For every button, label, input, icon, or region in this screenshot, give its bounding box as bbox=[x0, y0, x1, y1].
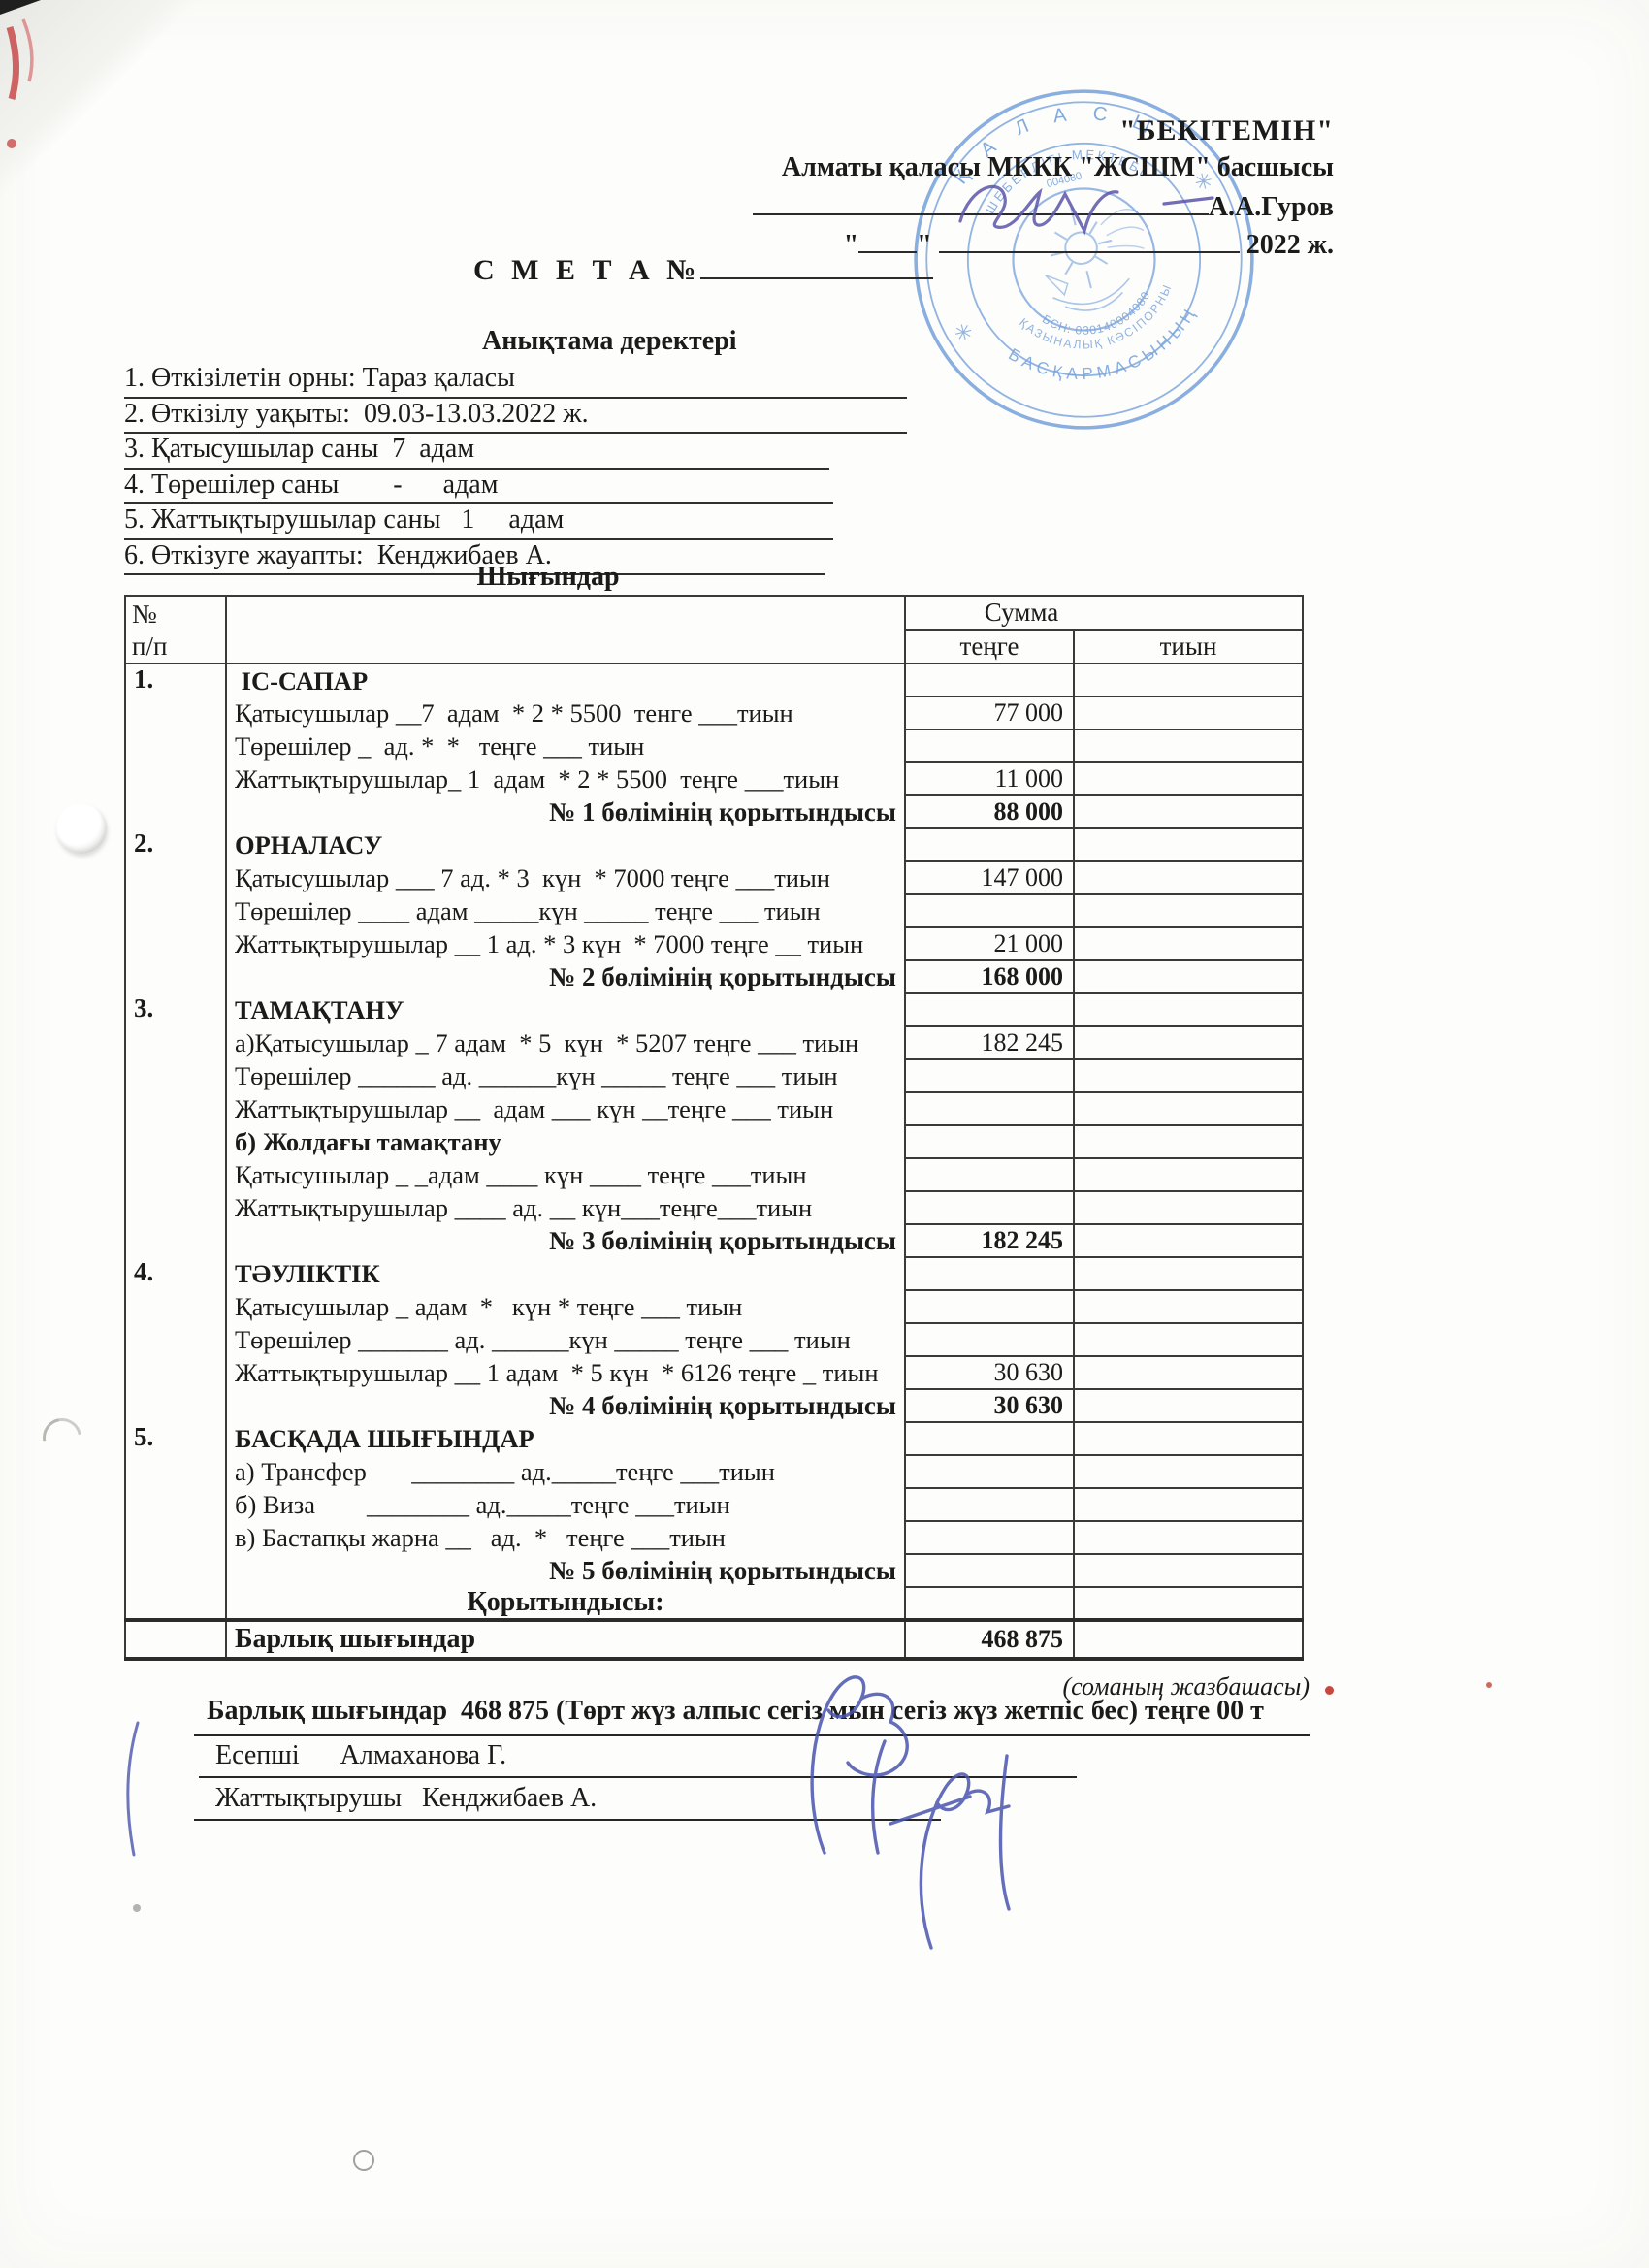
document-title: С М Е Т А № bbox=[473, 254, 933, 287]
svg-text:БАСҚАРМАСЫНЫҢ: БАСҚАРМАСЫНЫҢ bbox=[1002, 299, 1212, 404]
row-description: ТАМАҚТАНУ bbox=[226, 993, 905, 1026]
table-row: 3.ТАМАҚТАНУ bbox=[125, 993, 1303, 1026]
amount-tenge: 21 000 bbox=[905, 927, 1074, 960]
table-row: б) Жолдағы тамақтану bbox=[125, 1125, 1303, 1158]
table-row: № 4 бөлімінің қорытындысы30 630 bbox=[125, 1389, 1303, 1422]
amount-tenge bbox=[905, 1488, 1074, 1521]
signature-ink-trainer bbox=[805, 1727, 1077, 1960]
row-number bbox=[125, 1554, 226, 1587]
amount-tenge bbox=[905, 1257, 1074, 1290]
approval-year: 2022 ж. bbox=[1246, 230, 1334, 260]
amount-tenge bbox=[905, 1587, 1074, 1620]
row-number bbox=[125, 1059, 226, 1092]
amount-tenge: 182 245 bbox=[905, 1026, 1074, 1059]
amount-tenge: 30 630 bbox=[905, 1389, 1074, 1422]
row-description: № 2 бөлімінің қорытындысы bbox=[226, 960, 905, 993]
amount-tiyn bbox=[1074, 1422, 1303, 1455]
row-description: Қатысушылар __7 адам * 2 * 5500 тенге __… bbox=[226, 697, 905, 729]
row-number bbox=[125, 1290, 226, 1323]
row-description: Төрешілер ______ ад. ______күн _____ тең… bbox=[226, 1059, 905, 1092]
row-number bbox=[125, 894, 226, 927]
row-description: ТӘУЛІКТІК bbox=[226, 1257, 905, 1290]
row-number bbox=[125, 1389, 226, 1422]
amount-tenge bbox=[905, 1125, 1074, 1158]
amount-tiyn bbox=[1074, 927, 1303, 960]
scan-artifact-speck bbox=[133, 1904, 141, 1912]
amount-tiyn bbox=[1074, 1125, 1303, 1158]
row-description: Жаттықтырушылар __ адам ___ күн __теңге … bbox=[226, 1092, 905, 1125]
table-row: Қатысушылар _ _адам ____ күн ____ теңге … bbox=[125, 1158, 1303, 1191]
row-description: Төрешілер _ ад. * * теңге ___ тиын bbox=[226, 729, 905, 762]
row-description: ОРНАЛАСУ bbox=[226, 828, 905, 861]
reference-data-list: 1. Өткізілетін орны: Тараз қаласы 2. Өтк… bbox=[124, 363, 910, 575]
table-row: а)Қатысушылар _ 7 адам * 5 күн * 5207 те… bbox=[125, 1026, 1303, 1059]
amount-tiyn bbox=[1074, 1026, 1303, 1059]
table-row-total: Барлық шығындар468 875 bbox=[125, 1620, 1303, 1659]
row-description: Төрешілер ____ адам _____күн _____ теңге… bbox=[226, 894, 905, 927]
table-row: в) Бастапқы жарна __ ад. * теңге ___тиын bbox=[125, 1521, 1303, 1554]
table-row: 4.ТӘУЛІКТІК bbox=[125, 1257, 1303, 1290]
amount-tenge bbox=[905, 1554, 1074, 1587]
amount-tiyn bbox=[1074, 1290, 1303, 1323]
amount-tenge bbox=[905, 1521, 1074, 1554]
col-header-no-pp: п/п bbox=[132, 632, 225, 661]
amount-tenge bbox=[905, 729, 1074, 762]
table-row: Қатысушылар ___ 7 ад. * 3 күн * 7000 тең… bbox=[125, 861, 1303, 894]
row-number: 5. bbox=[125, 1422, 226, 1455]
row-description: Қатысушылар ___ 7 ад. * 3 күн * 7000 тең… bbox=[226, 861, 905, 894]
amount-tiyn bbox=[1074, 828, 1303, 861]
row-description: Барлық шығындар bbox=[226, 1620, 905, 1659]
row-description: Жаттықтырушылар ____ ад. __ күн___теңге_… bbox=[226, 1191, 905, 1224]
row-number bbox=[125, 729, 226, 762]
amount-tenge bbox=[905, 1158, 1074, 1191]
info-line-dates: 2. Өткізілу уақыты: 09.03-13.03.2022 ж. bbox=[124, 399, 907, 435]
row-description: БАСҚАДА ШЫҒЫНДАР bbox=[226, 1422, 905, 1455]
approval-word: "БЕКІТЕМІН" bbox=[669, 114, 1334, 147]
row-number bbox=[125, 697, 226, 729]
info-line-participants: 3. Қатысушылар саны 7 адам bbox=[124, 434, 829, 470]
title-blank-line bbox=[700, 254, 933, 279]
document-title-text: С М Е Т А № bbox=[473, 254, 700, 286]
amount-tenge: 30 630 bbox=[905, 1356, 1074, 1389]
amount-tenge: 11 000 bbox=[905, 762, 1074, 795]
scan-artifact-red-dot bbox=[1325, 1686, 1334, 1695]
amount-tenge bbox=[905, 664, 1074, 697]
scan-artifact-red-dot bbox=[1486, 1682, 1492, 1688]
table-row: № 5 бөлімінің қорытындысы bbox=[125, 1554, 1303, 1587]
amount-tenge bbox=[905, 1059, 1074, 1092]
row-number bbox=[125, 1158, 226, 1191]
row-number bbox=[125, 1620, 226, 1659]
table-row: Қатысушылар __7 адам * 2 * 5500 тенге __… bbox=[125, 697, 1303, 729]
row-number bbox=[125, 1191, 226, 1224]
amount-tiyn bbox=[1074, 993, 1303, 1026]
row-description: а)Қатысушылар _ 7 адам * 5 күн * 5207 те… bbox=[226, 1026, 905, 1059]
info-line-venue: 1. Өткізілетін орны: Тараз қаласы bbox=[124, 363, 907, 399]
col-header-description bbox=[226, 596, 905, 664]
table-row: Қорытындысы: bbox=[125, 1587, 1303, 1620]
row-number bbox=[125, 1587, 226, 1620]
row-number bbox=[125, 795, 226, 828]
signature-ink-header bbox=[931, 155, 1242, 262]
amount-tiyn bbox=[1074, 762, 1303, 795]
row-description: б) Жолдағы тамақтану bbox=[226, 1125, 905, 1158]
trainer-signature-line: Жаттықтырушы Кенджибаев А. bbox=[215, 1783, 597, 1814]
amount-tiyn bbox=[1074, 1488, 1303, 1521]
col-header-tiyn: тиын bbox=[1074, 630, 1303, 664]
row-description: ІС-САПАР bbox=[226, 664, 905, 697]
amount-tiyn bbox=[1074, 861, 1303, 894]
amount-tenge: 168 000 bbox=[905, 960, 1074, 993]
table-row: 2.ОРНАЛАСУ bbox=[125, 828, 1303, 861]
table-row: 1. ІС-САПАР bbox=[125, 664, 1303, 697]
col-header-tenge: теңге bbox=[905, 630, 1074, 664]
amount-tiyn bbox=[1074, 1323, 1303, 1356]
row-number bbox=[125, 1026, 226, 1059]
accountant-signature-line: Есепші Алмаханова Г. bbox=[215, 1740, 506, 1771]
stamp-asterisk-icon: ✳ bbox=[952, 319, 975, 347]
table-row: Төрешілер ____ адам _____күн _____ теңге… bbox=[125, 894, 1303, 927]
scanned-document-page: Қ А Л А С Ы БАСҚАРМАСЫНЫҢ ШЕБЕРЛІГІ МЕКТ… bbox=[0, 0, 1649, 2268]
amount-tenge bbox=[905, 1092, 1074, 1125]
row-number: 4. bbox=[125, 1257, 226, 1290]
scan-artifact-speck bbox=[353, 2150, 374, 2171]
table-row: Төрешілер _ ад. * * теңге ___ тиын bbox=[125, 729, 1303, 762]
amount-tiyn bbox=[1074, 1521, 1303, 1554]
row-description: № 5 бөлімінің қорытындысы bbox=[226, 1554, 905, 1587]
row-description: Қатысушылар _ адам * күн * теңге ___ тиы… bbox=[226, 1290, 905, 1323]
row-number: 1. bbox=[125, 664, 226, 697]
amount-tenge bbox=[905, 828, 1074, 861]
table-row: № 3 бөлімінің қорытындысы182 245 bbox=[125, 1224, 1303, 1257]
amount-tenge: 147 000 bbox=[905, 861, 1074, 894]
row-description: Қорытындысы: bbox=[226, 1587, 905, 1620]
amount-tiyn bbox=[1074, 795, 1303, 828]
row-description: № 4 бөлімінің қорытындысы bbox=[226, 1389, 905, 1422]
date-blank bbox=[858, 228, 917, 253]
signature-ink-margin-stroke bbox=[114, 1717, 153, 1863]
table-row: Жаттықтырушылар ____ ад. __ күн___теңге_… bbox=[125, 1191, 1303, 1224]
amount-tiyn bbox=[1074, 1092, 1303, 1125]
table-row: а) Трансфер ________ ад._____теңге ___ти… bbox=[125, 1455, 1303, 1488]
amount-tiyn bbox=[1074, 1257, 1303, 1290]
row-description: а) Трансфер ________ ад._____теңге ___ти… bbox=[226, 1455, 905, 1488]
col-header-no-sign: № bbox=[132, 597, 225, 632]
col-header-number: №п/п bbox=[125, 596, 226, 664]
row-number: 3. bbox=[125, 993, 226, 1026]
amount-tenge bbox=[905, 1191, 1074, 1224]
row-number bbox=[125, 1521, 226, 1554]
info-line-referees: 4. Төрешілер саны - адам bbox=[124, 470, 833, 505]
reference-data-heading: Анықтама деректері bbox=[482, 326, 737, 357]
row-number bbox=[125, 1488, 226, 1521]
table-row: № 1 бөлімінің қорытындысы88 000 bbox=[125, 795, 1303, 828]
row-number bbox=[125, 861, 226, 894]
amount-tiyn bbox=[1074, 1059, 1303, 1092]
row-description: Қатысушылар _ _адам ____ күн ____ теңге … bbox=[226, 1158, 905, 1191]
table-row: № 2 бөлімінің қорытындысы168 000 bbox=[125, 960, 1303, 993]
amount-tenge bbox=[905, 894, 1074, 927]
amount-tiyn bbox=[1074, 664, 1303, 697]
amount-tiyn bbox=[1074, 1389, 1303, 1422]
amount-tiyn bbox=[1074, 1158, 1303, 1191]
row-number bbox=[125, 1323, 226, 1356]
row-description: Жаттықтырушылар __ 1 адам * 5 күн * 6126… bbox=[226, 1356, 905, 1389]
scan-artifact-hole-punch bbox=[56, 803, 107, 854]
expenses-heading: Шығындар bbox=[407, 562, 689, 593]
amount-tiyn bbox=[1074, 729, 1303, 762]
amount-tiyn bbox=[1074, 1554, 1303, 1587]
amount-tiyn bbox=[1074, 1356, 1303, 1389]
table-header-row: №п/п Сумма bbox=[125, 596, 1303, 630]
table-row: 5.БАСҚАДА ШЫҒЫНДАР bbox=[125, 1422, 1303, 1455]
row-number bbox=[125, 1356, 226, 1389]
table-row: Төрешілер ______ ад. ______күн _____ тең… bbox=[125, 1059, 1303, 1092]
row-number bbox=[125, 1224, 226, 1257]
table-row: Жаттықтырушылар __ адам ___ күн __теңге … bbox=[125, 1092, 1303, 1125]
table-row: б) Виза ________ ад._____теңге ___тиын bbox=[125, 1488, 1303, 1521]
amount-tenge bbox=[905, 1290, 1074, 1323]
amount-tenge: 182 245 bbox=[905, 1224, 1074, 1257]
row-description: б) Виза ________ ад._____теңге ___тиын bbox=[226, 1488, 905, 1521]
amount-tenge: 88 000 bbox=[905, 795, 1074, 828]
table-row: Қатысушылар _ адам * күн * теңге ___ тиы… bbox=[125, 1290, 1303, 1323]
row-number bbox=[125, 1125, 226, 1158]
amount-tiyn bbox=[1074, 1620, 1303, 1659]
amount-tenge bbox=[905, 993, 1074, 1026]
row-description: № 3 бөлімінің қорытындысы bbox=[226, 1224, 905, 1257]
stamp-ring-bottom-text: БАСҚАРМАСЫНЫҢ bbox=[1002, 299, 1212, 404]
row-description: Жаттықтырушылар_ 1 адам * 2 * 5500 теңге… bbox=[226, 762, 905, 795]
amount-tenge: 77 000 bbox=[905, 697, 1074, 729]
amount-tiyn bbox=[1074, 697, 1303, 729]
scan-artifact-swirl bbox=[35, 1410, 89, 1465]
row-description: Төрешілер _______ ад. ______күн _____ те… bbox=[226, 1323, 905, 1356]
amount-tenge: 468 875 bbox=[905, 1620, 1074, 1659]
row-number bbox=[125, 927, 226, 960]
table-row: Жаттықтырушылар __ 1 ад. * 3 күн * 7000 … bbox=[125, 927, 1303, 960]
info-line-trainers: 5. Жаттықтырушылар саны 1 адам bbox=[124, 504, 833, 540]
amount-tenge bbox=[905, 1323, 1074, 1356]
amount-tiyn bbox=[1074, 1587, 1303, 1620]
scan-artifact-red-marks bbox=[0, 0, 116, 213]
amount-tiyn bbox=[1074, 1455, 1303, 1488]
row-description: № 1 бөлімінің қорытындысы bbox=[226, 795, 905, 828]
expenses-table: №п/п Сумма теңге тиын 1. ІС-САПАРҚатысуш… bbox=[124, 595, 1304, 1661]
col-header-sum: Сумма bbox=[905, 596, 1303, 630]
row-description: в) Бастапқы жарна __ ад. * теңге ___тиын bbox=[226, 1521, 905, 1554]
row-description: Жаттықтырушылар __ 1 ад. * 3 күн * 7000 … bbox=[226, 927, 905, 960]
table-row: Жаттықтырушылар __ 1 адам * 5 күн * 6126… bbox=[125, 1356, 1303, 1389]
row-number bbox=[125, 762, 226, 795]
amount-tiyn bbox=[1074, 960, 1303, 993]
amount-tenge bbox=[905, 1422, 1074, 1455]
amount-tenge bbox=[905, 1455, 1074, 1488]
amount-tiyn bbox=[1074, 1224, 1303, 1257]
amount-tiyn bbox=[1074, 894, 1303, 927]
row-number bbox=[125, 960, 226, 993]
amount-tiyn bbox=[1074, 1191, 1303, 1224]
row-number bbox=[125, 1092, 226, 1125]
table-row: Төрешілер _______ ад. ______күн _____ те… bbox=[125, 1323, 1303, 1356]
row-number: 2. bbox=[125, 828, 226, 861]
table-row: Жаттықтырушылар_ 1 адам * 2 * 5500 теңге… bbox=[125, 762, 1303, 795]
row-number bbox=[125, 1455, 226, 1488]
